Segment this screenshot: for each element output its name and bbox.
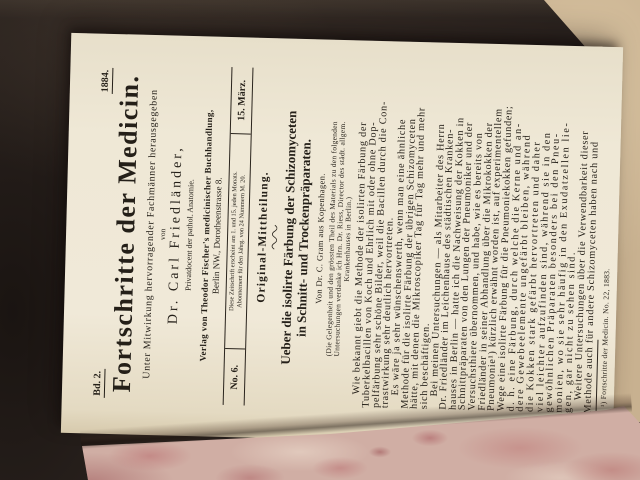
page-content: Bd. 2. 1884. Fortschritte der Medicin. U… — [61, 33, 618, 447]
journal-page: Bd. 2. 1884. Fortschritte der Medicin. U… — [61, 33, 623, 447]
article-credit-note: (Die Gelegenheit und den grössten Theil … — [324, 68, 356, 410]
article-body: Wie bekannt giebt die Methode der isolir… — [352, 68, 602, 413]
volume-label: Bd. 2. — [92, 369, 106, 398]
journal-page-wrap: Bd. 2. 1884. Fortschritte der Medicin. U… — [61, 33, 623, 447]
book-photo: Bd. 2. 1884. Fortschritte der Medicin. U… — [0, 0, 640, 480]
issue-date: 15. März. — [231, 67, 253, 135]
year-label: 1884. — [100, 68, 114, 95]
issue-info: Diese Zeitschrift erscheint am 1. und 15… — [225, 134, 251, 348]
issue-number: No. 6. — [224, 348, 245, 406]
journal-title: Fortschritte der Medicin. — [108, 62, 145, 405]
article-title: Ueber die isolirte Färbung der Schizomyc… — [278, 66, 316, 409]
footnote: ¹) Fortschritte der Medicin. No. 22, 188… — [599, 75, 617, 407]
issue-info-box: No. 6. Diese Zeitschrift erscheint am 1.… — [223, 67, 254, 405]
